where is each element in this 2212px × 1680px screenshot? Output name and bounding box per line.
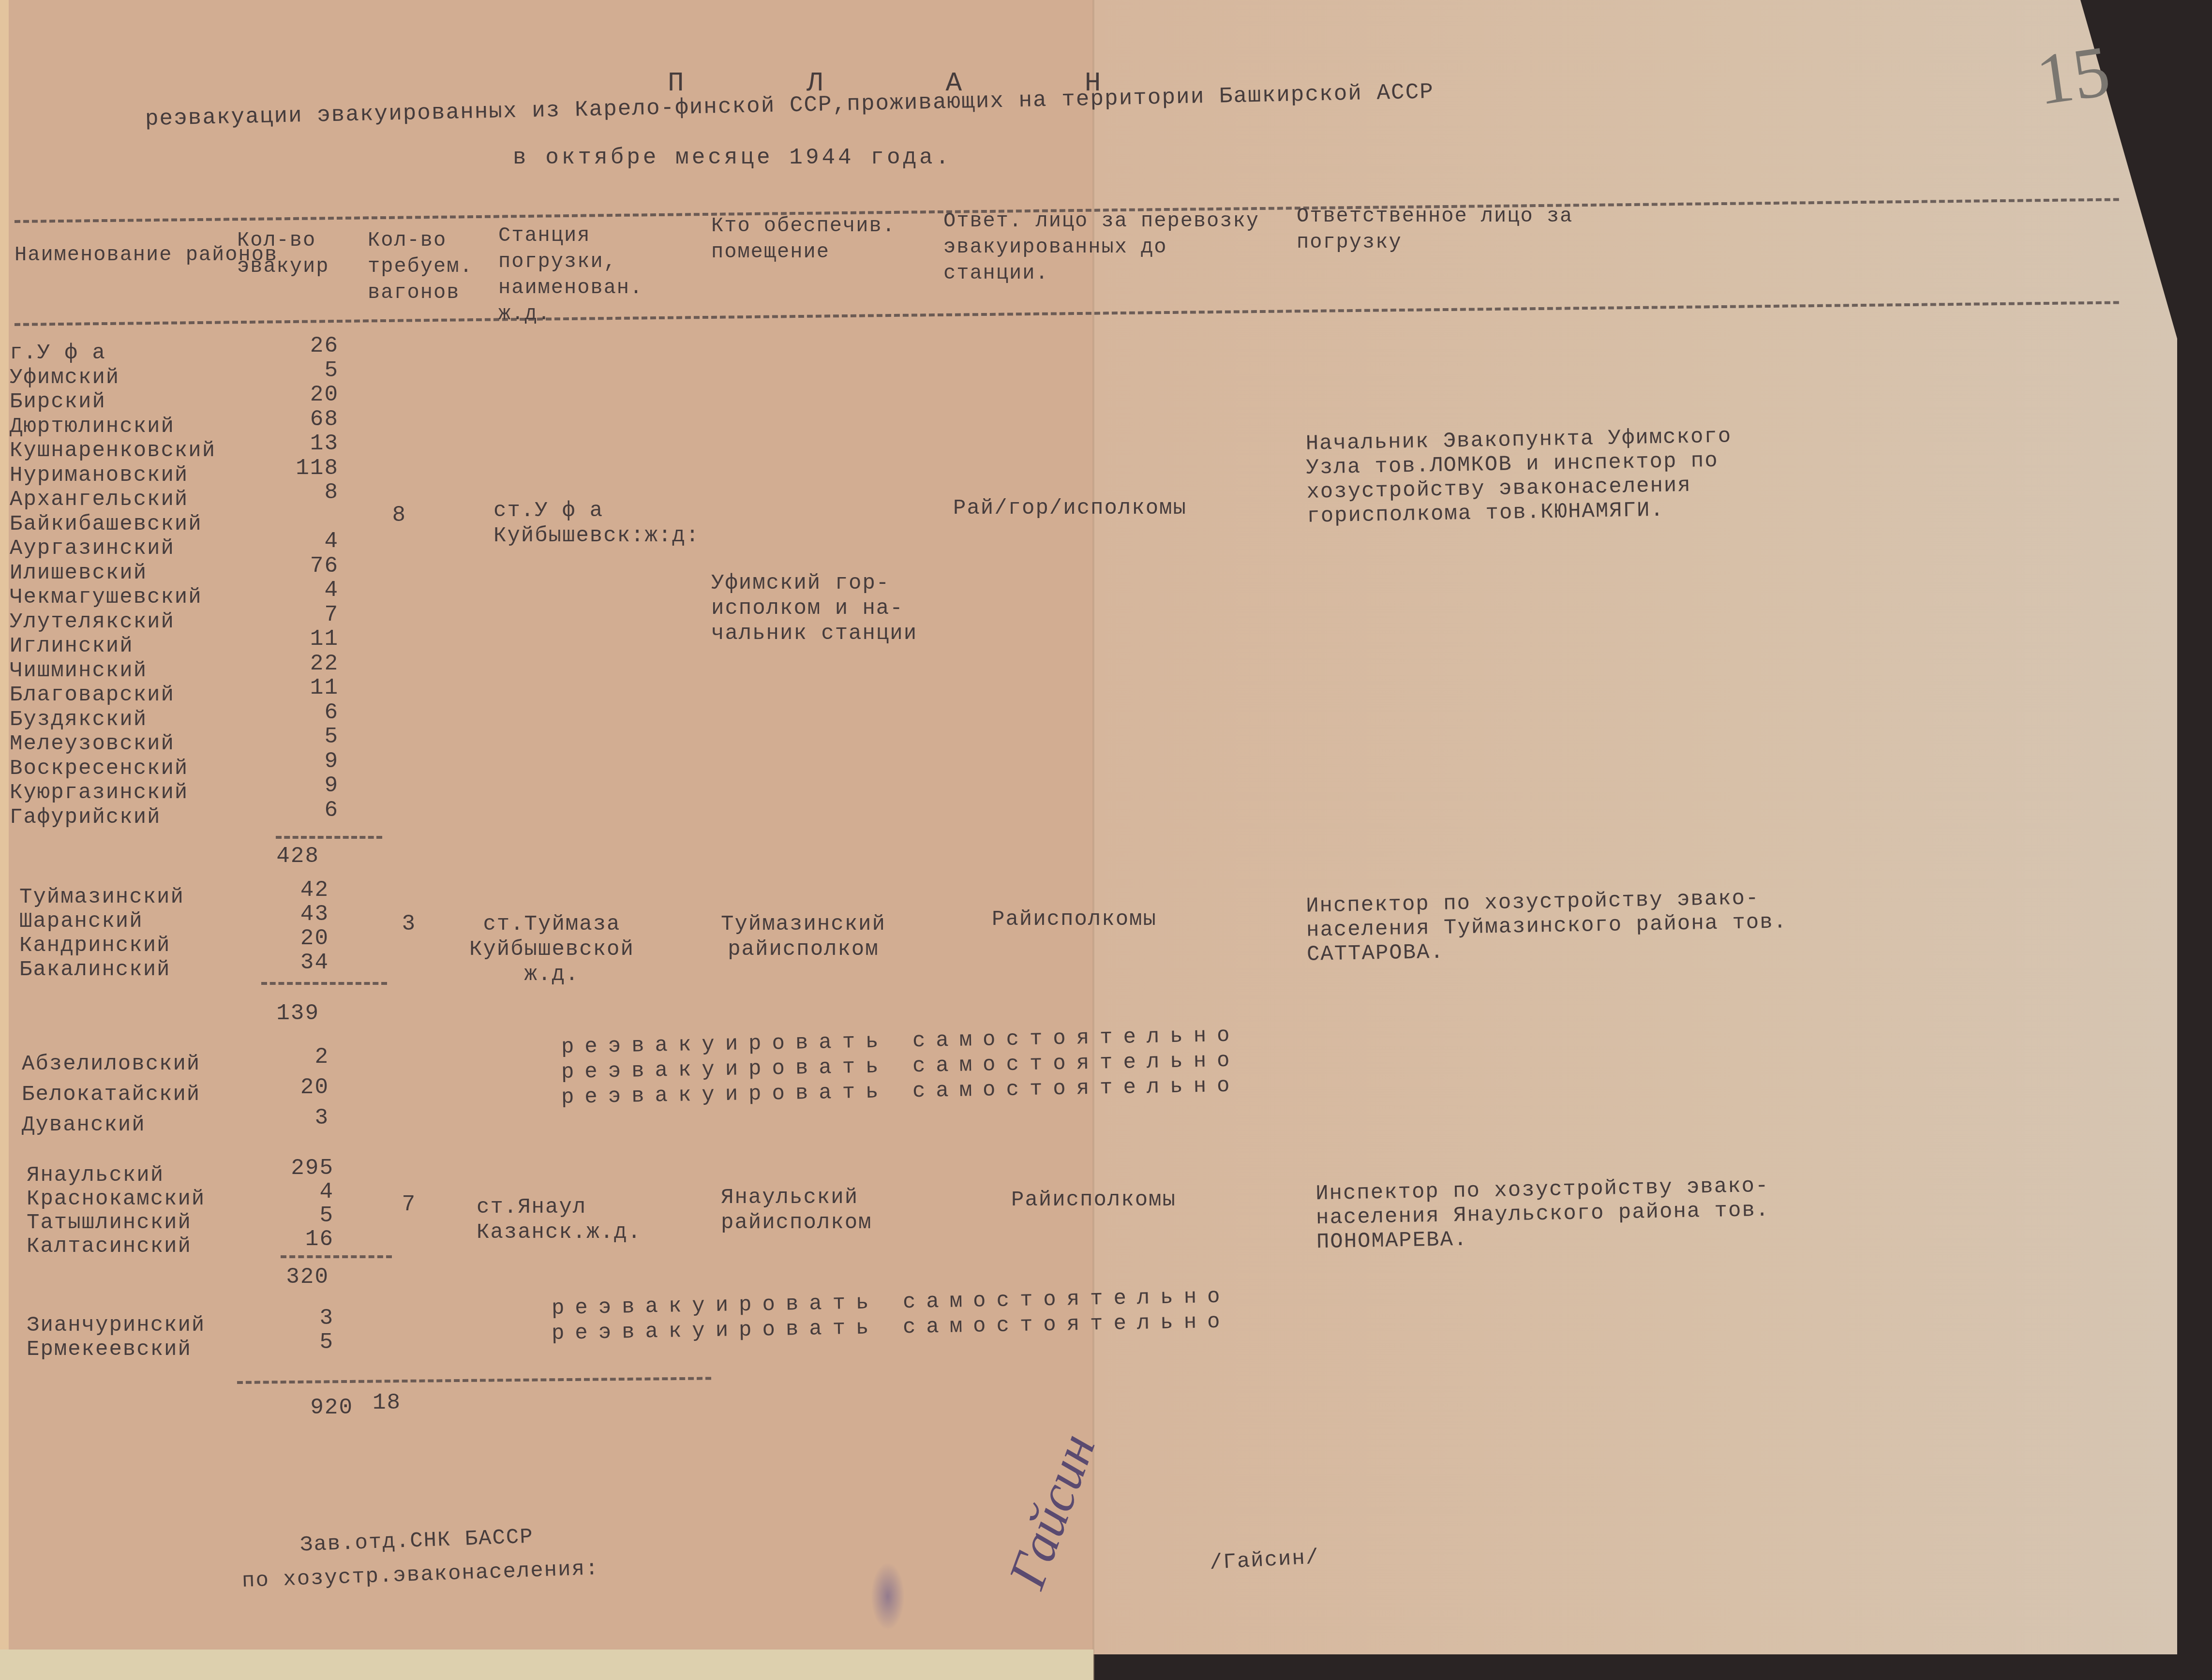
district-name: Чекмагушевский — [10, 585, 202, 610]
district-name: Гафурийский — [10, 805, 161, 830]
district-name: Бирский — [10, 390, 106, 414]
district-name: Куюргазинский — [10, 781, 188, 805]
district-evacuee-count: 5 — [281, 358, 339, 383]
district-evacuee-count: 11 — [281, 627, 339, 651]
district-evacuee-count: 4 — [281, 578, 339, 602]
district-evacuee-count: 42 — [271, 878, 329, 902]
district-name: Архангельский — [10, 488, 188, 512]
district-name: Нуримановский — [10, 463, 188, 488]
district-name: Уфимский — [10, 366, 120, 390]
district-evacuee-count: 16 — [276, 1227, 334, 1251]
group-station: ст.У ф а Куйбышевск:ж:д: — [493, 498, 700, 549]
group-loading-responsible: Инспектор по хозустройству эвако- населе… — [1306, 886, 1788, 966]
district-evacuee-count: 6 — [281, 700, 339, 725]
group-wagons: 7 — [377, 1192, 416, 1217]
district-name: Улутелякский — [10, 610, 175, 634]
group-station: ст.Янаул Казанск.ж.д. — [477, 1195, 642, 1245]
district-evacuee-count: 9 — [281, 773, 339, 798]
district-name: Чишминский — [10, 659, 147, 683]
district-evacuee-count: 295 — [276, 1156, 334, 1180]
grand-total-evacuees: 920 — [295, 1396, 353, 1420]
district-name: Дуванский — [22, 1113, 146, 1137]
district-evacuee-count: 5 — [276, 1204, 334, 1228]
header-wagon-count: Кол-во требуем. вагонов — [368, 227, 484, 306]
paper-edge — [0, 0, 9, 1680]
district-name: Калтасинский — [27, 1234, 192, 1259]
group-transport-responsible: Райисполкомы — [992, 907, 1157, 932]
grand-total-wagons: 18 — [373, 1391, 421, 1415]
district-evacuee-count: 4 — [276, 1180, 334, 1204]
district-evacuee-count: 13 — [281, 431, 339, 456]
page-number: 15 — [2032, 29, 2115, 121]
district-evacuee-count: 22 — [281, 652, 339, 676]
district-name: г.У ф а — [10, 341, 106, 365]
district-name: Воскресенский — [10, 757, 188, 781]
district-evacuee-count: 34 — [271, 951, 329, 975]
district-evacuee-count: 8 — [281, 480, 339, 505]
district-evacuee-count: 3 — [276, 1306, 334, 1330]
district-name: Ермекеевский — [27, 1338, 192, 1362]
header-loading-responsible: Ответственное лицо за погрузку — [1297, 203, 1635, 255]
district-evacuee-count: 26 — [281, 334, 339, 358]
subtotal-rule — [276, 836, 382, 839]
header-transport-responsible: Ответ. лицо за перевозку эвакуированных … — [943, 208, 1272, 286]
district-name: Янаульский — [27, 1163, 164, 1188]
district-evacuee-count: 43 — [271, 902, 329, 926]
district-name: Аургазинский — [10, 536, 175, 561]
header-evacuee-count: Кол-во эвакуир — [237, 227, 348, 280]
paper-bottom-strip — [0, 1650, 1093, 1680]
district-evacuee-count: 5 — [276, 1330, 334, 1354]
group-loading-responsible: Инспектор по хозустройству эвако- населе… — [1315, 1174, 1770, 1254]
subtotal-rule — [281, 1255, 392, 1258]
district-name: Иглинский — [10, 634, 134, 658]
group-wagons: 3 — [377, 912, 416, 936]
group-premises: Уфимский гор- исполком и на- чальник ста… — [711, 571, 917, 646]
district-name: Зианчуринский — [27, 1313, 205, 1338]
ink-stamp — [871, 1562, 905, 1630]
header-district: Наименование районов — [15, 242, 223, 268]
district-name: Буздякский — [10, 708, 147, 732]
group-wagons: 8 — [368, 503, 406, 527]
district-evacuee-count: 20 — [271, 926, 329, 951]
group-transport-responsible: Райисполкомы — [1011, 1188, 1176, 1213]
district-evacuee-count: 7 — [281, 603, 339, 627]
district-evacuee-count: 5 — [281, 725, 339, 749]
district-name: Дюртюлинский — [10, 415, 175, 439]
district-evacuee-count: 11 — [281, 676, 339, 700]
district-evacuee-count: 2 — [271, 1045, 329, 1069]
group-subtotal: 320 — [271, 1265, 329, 1289]
district-name: Краснокамский — [27, 1187, 205, 1211]
district-evacuee-count: 3 — [271, 1106, 329, 1130]
district-name: Кушнаренковский — [10, 439, 216, 463]
district-evacuee-count: 68 — [281, 407, 339, 431]
district-name: Бакалинский — [19, 958, 170, 982]
group-premises: Туймазинский райисполком — [721, 912, 886, 962]
group-subtotal: 428 — [261, 844, 319, 868]
group-station: ст.Туймаза Куйбышевской ж.д. — [469, 912, 634, 987]
district-name: Кандринский — [19, 934, 170, 958]
district-name: Татышлинский — [27, 1211, 192, 1235]
district-name: Мелеузовский — [10, 732, 175, 756]
subtotal-rule — [261, 982, 387, 985]
header-station: Станция погрузки, наименован. ж.д. — [498, 223, 682, 327]
district-evacuee-count: 76 — [281, 554, 339, 578]
group-subtotal: 139 — [261, 1001, 319, 1026]
district-name: Туймазинский — [19, 885, 184, 909]
group-transport-responsible: Рай/гор/исполкомы — [953, 496, 1187, 521]
district-name: Белокатайский — [22, 1083, 200, 1107]
district-evacuee-count: 118 — [281, 456, 339, 480]
district-evacuee-count: 20 — [271, 1075, 329, 1100]
district-name: Шаранский — [19, 909, 143, 934]
header-premises: Кто обеспечив. помещение — [711, 213, 914, 265]
district-name: Байкибашевский — [10, 512, 202, 536]
district-evacuee-count: 6 — [281, 798, 339, 822]
group-loading-responsible: Начальник Эвакопункта Уфимского Узла тов… — [1305, 424, 1733, 528]
district-name: Абзелиловский — [22, 1052, 200, 1076]
document-date: в октябре месяце 1944 года. — [513, 145, 952, 170]
group-premises: Янаульский райисполком — [721, 1185, 872, 1235]
district-name: Благоварский — [10, 683, 175, 707]
district-name: Илишевский — [10, 561, 147, 585]
district-evacuee-count: 20 — [281, 383, 339, 407]
district-evacuee-count: 9 — [281, 749, 339, 773]
district-evacuee-count: 4 — [281, 529, 339, 553]
